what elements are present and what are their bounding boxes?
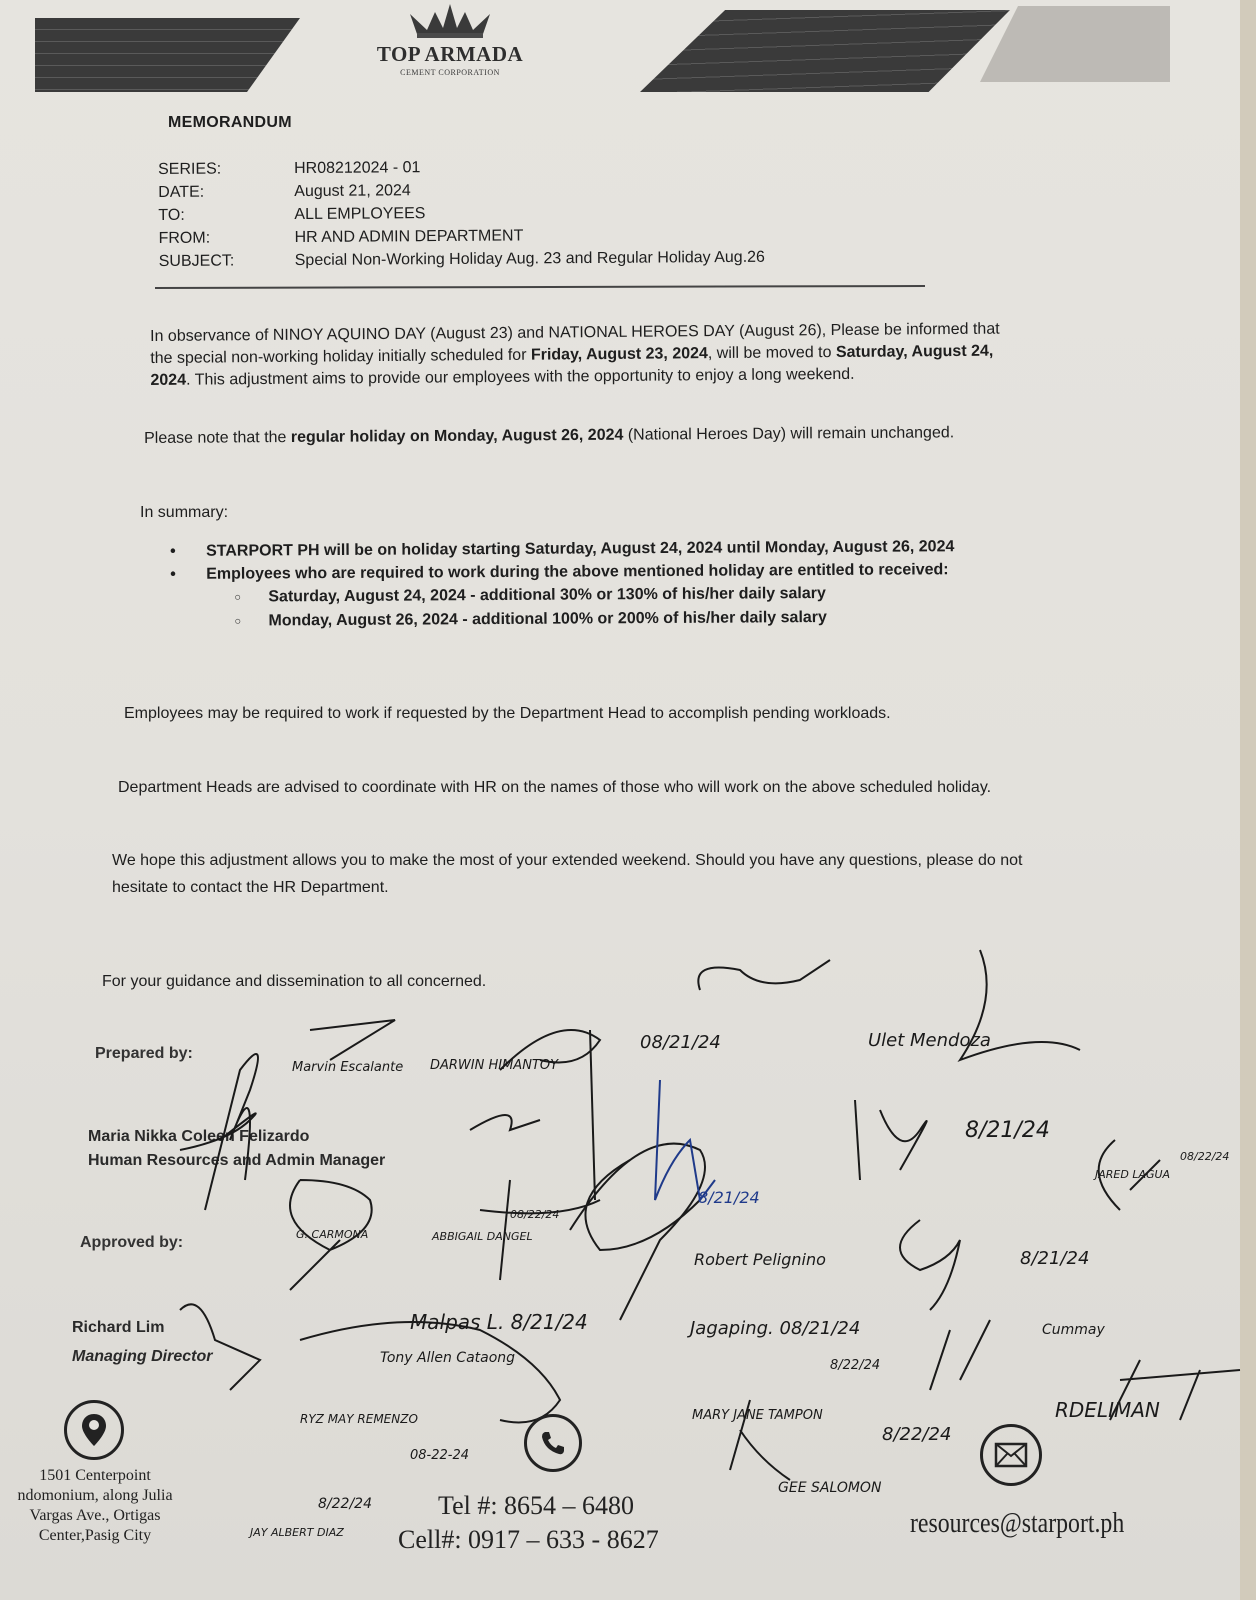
handwritten-date: 8/22/24 (830, 1358, 880, 1373)
paragraph-closing: We hope this adjustment allows you to ma… (112, 847, 1032, 901)
handwritten-date: 8/22/24 (318, 1496, 372, 1512)
handwritten-date: 08/21/24 (640, 1032, 721, 1053)
footer-email[interactable]: resources@starport.ph (910, 1508, 1124, 1540)
handwritten-name: RYZ MAY REMENZO (300, 1412, 418, 1426)
prepared-by-label: Prepared by: (95, 1045, 193, 1063)
preparer-block: Maria Nikka Coleen Felizardo Human Resou… (88, 1125, 385, 1173)
handwritten-name: Jagaping. 08/21/24 (690, 1318, 860, 1339)
envelope-icon (980, 1424, 1042, 1486)
handwritten-date: 08-22-24 (410, 1448, 469, 1463)
handwritten-name: GEE SALOMON (778, 1480, 881, 1496)
handwritten-name: JAY ALBERT DIAZ (250, 1526, 344, 1539)
handwritten-name: Cummay (1042, 1322, 1105, 1338)
paper-edge (1240, 0, 1256, 1600)
phone-icon (524, 1414, 582, 1472)
crown-icon (405, 0, 495, 40)
handwritten-name: Malpas L. 8/21/24 (410, 1310, 588, 1334)
footer-cell: Cell#: 0917 – 633 - 8627 (398, 1525, 659, 1555)
summary-label: In summary: (140, 502, 540, 524)
company-name: TOP ARMADA (360, 42, 540, 67)
handwritten-name: RDELIMAN (1055, 1398, 1160, 1422)
handwritten-name: G. CARMONA (296, 1228, 368, 1241)
handwritten-date: 08/22/24 (1180, 1150, 1229, 1163)
preparer-role: Human Resources and Admin Manager (88, 1149, 385, 1173)
handwritten-name: JARED LAGUA (1095, 1168, 1170, 1181)
handwritten-name: DARWIN HIMANTOY (430, 1058, 558, 1073)
handwritten-name: Marvin Escalante (292, 1060, 403, 1075)
handwritten-name: MARY JANE TAMPON (692, 1408, 823, 1423)
handwritten-name: Robert Pelignino (694, 1250, 826, 1269)
approver-role: Managing Director (72, 1342, 212, 1371)
paragraph-guidance: For your guidance and dissemination to a… (102, 971, 702, 993)
company-logo: TOP ARMADA CEMENT CORPORATION (360, 0, 540, 86)
handwritten-date: 8/21/24 (698, 1188, 760, 1207)
summary-list: STARPORT PH will be on holiday starting … (170, 535, 1031, 634)
memo-title: MEMORANDUM (168, 114, 292, 132)
preparer-name: Maria Nikka Coleen Felizardo (88, 1125, 385, 1149)
handwritten-date: 08/22/24 (510, 1208, 559, 1221)
approver-name: Richard Lim (72, 1313, 212, 1342)
handwritten-date: 8/21/24 (965, 1118, 1050, 1143)
footer-address: 1501 Centerpoint ndomonium, along Julia … (0, 1466, 190, 1546)
approver-block: Richard Lim Managing Director (72, 1313, 212, 1371)
approved-by-label: Approved by: (80, 1234, 183, 1252)
handwritten-name: Tony Allen Cataong (380, 1350, 515, 1366)
paragraph-coordinate: Department Heads are advised to coordina… (118, 774, 1038, 801)
paragraph-observance: In observance of NINOY AQUINO DAY (Augus… (150, 318, 1021, 392)
paragraph-work-request: Employees may be required to work if req… (124, 700, 1044, 727)
handwritten-date: 8/22/24 (882, 1424, 951, 1445)
footer-tel: Tel #: 8654 – 6480 (438, 1491, 634, 1521)
company-subtitle: CEMENT CORPORATION (360, 68, 540, 77)
location-pin-icon (64, 1400, 124, 1460)
handwritten-name: Ulet Mendoza (868, 1030, 991, 1051)
handwritten-date: 8/21/24 (1020, 1248, 1089, 1269)
handwritten-name: ABBIGAIL DANGEL (432, 1230, 533, 1243)
memo-meta: SERIES:HR08212024 - 01 DATE:August 21, 2… (158, 153, 919, 273)
